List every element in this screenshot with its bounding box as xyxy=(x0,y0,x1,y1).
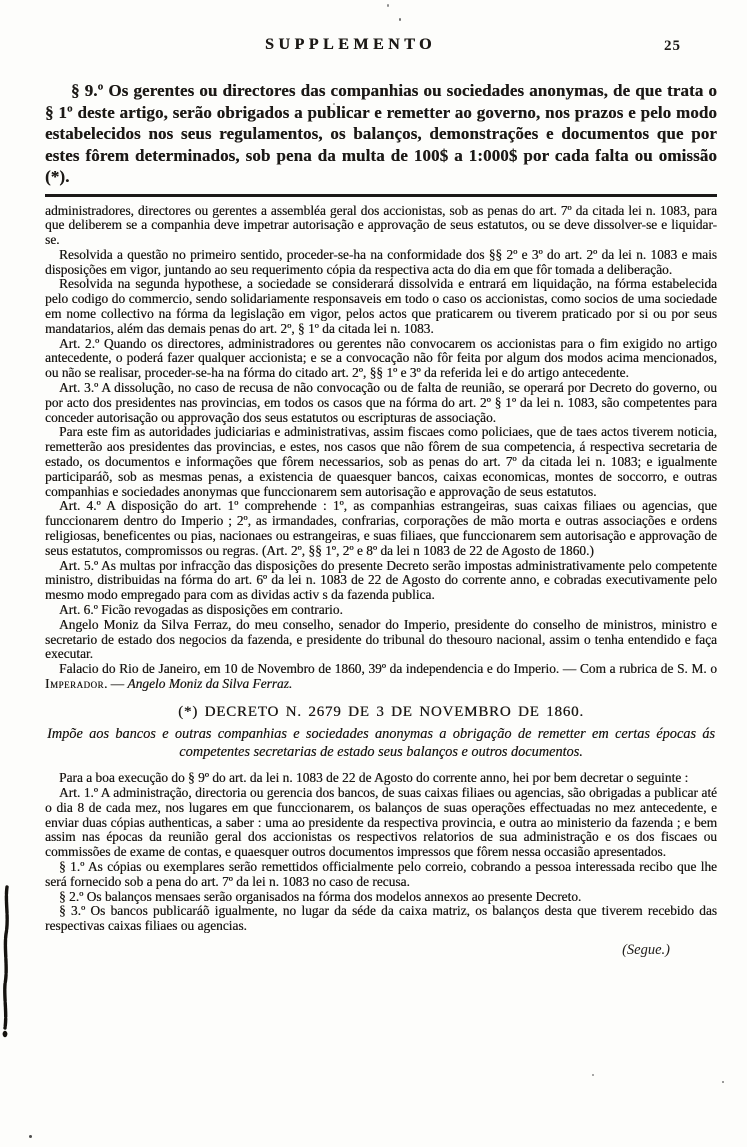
decree-paragraph: Para a boa execução do § 9º do art. da l… xyxy=(45,771,717,786)
page-number: 25 xyxy=(664,38,681,55)
closing-dash: . — xyxy=(104,676,127,691)
decree-heading: (*) DECRETO N. 2679 DE 3 DE NOVEMBRO DE … xyxy=(45,704,717,721)
imperador-smallcaps: Imperador xyxy=(45,676,104,691)
closing-text: Falacio do Rio de Janeiro, em 10 de Nove… xyxy=(59,661,717,676)
footnote-paragraph: Art. 5.º As multas por infracção das dis… xyxy=(45,559,717,603)
footnote-paragraph: Resolvida na segunda hypothese, a socied… xyxy=(45,277,717,336)
footnote-paragraph: Art. 2.º Quando os directores, administr… xyxy=(45,337,717,381)
decree-paragraph: § 1.º As cópias ou exemplares serão reme… xyxy=(45,860,717,890)
footnote-paragraph: Angelo Moniz da Silva Ferraz, do meu con… xyxy=(45,618,717,662)
footnote-paragraph: Para este fim as autoridades judiciarias… xyxy=(45,425,717,499)
footnote-separator-rule xyxy=(45,194,717,197)
decree-paragraph: Art. 1.º A administração, directoria ou … xyxy=(45,786,717,860)
segue-label: (Segue.) xyxy=(622,942,670,958)
running-head-title: SUPPLEMENTO xyxy=(265,36,436,54)
footnote-section: administradores, directores ou gerentes … xyxy=(45,204,717,692)
paper-speck xyxy=(399,18,401,21)
ink-smudge xyxy=(0,884,14,1044)
paper-speck xyxy=(29,1135,32,1138)
lead-paragraph: § 9.º Os gerentes ou directores das comp… xyxy=(45,80,717,188)
continuation-marker: (Segue.) xyxy=(45,942,670,959)
footnote-paragraph: administradores, directores ou gerentes … xyxy=(45,204,717,248)
decree-summary: Impõe aos bancos e outras companhias e s… xyxy=(45,725,717,761)
signature-name: Angelo Moniz da Silva Ferraz. xyxy=(127,676,292,691)
footnote-paragraph: Art. 6.º Ficão revogadas as disposições … xyxy=(45,603,717,618)
footnote-closing-paragraph: Falacio do Rio de Janeiro, em 10 de Nove… xyxy=(45,662,717,692)
paper-speck xyxy=(387,4,389,7)
footnote-paragraph: Art. 4.º A disposição do art. 1º compreh… xyxy=(45,499,717,558)
paper-speck xyxy=(592,1074,594,1076)
decree-section: (*) DECRETO N. 2679 DE 3 DE NOVEMBRO DE … xyxy=(45,704,717,959)
decree-paragraph: § 2.º Os balanços mensaes serão organisa… xyxy=(45,890,717,905)
paper-speck xyxy=(333,103,335,105)
scanned-document-page: SUPPLEMENTO 25 § 9.º Os gerentes ou dire… xyxy=(0,0,747,1147)
page-header: SUPPLEMENTO 25 xyxy=(45,36,717,56)
footnote-paragraph: Resolvida a questão no primeiro sentido,… xyxy=(45,248,717,278)
footnote-paragraph: Art. 3.º A dissolução, no caso de recusa… xyxy=(45,381,717,425)
paper-speck xyxy=(722,1081,724,1083)
decree-paragraph: § 3.º Os bancos publicaráõ igualmente, n… xyxy=(45,904,717,934)
text-column: SUPPLEMENTO 25 § 9.º Os gerentes ou dire… xyxy=(45,36,717,959)
